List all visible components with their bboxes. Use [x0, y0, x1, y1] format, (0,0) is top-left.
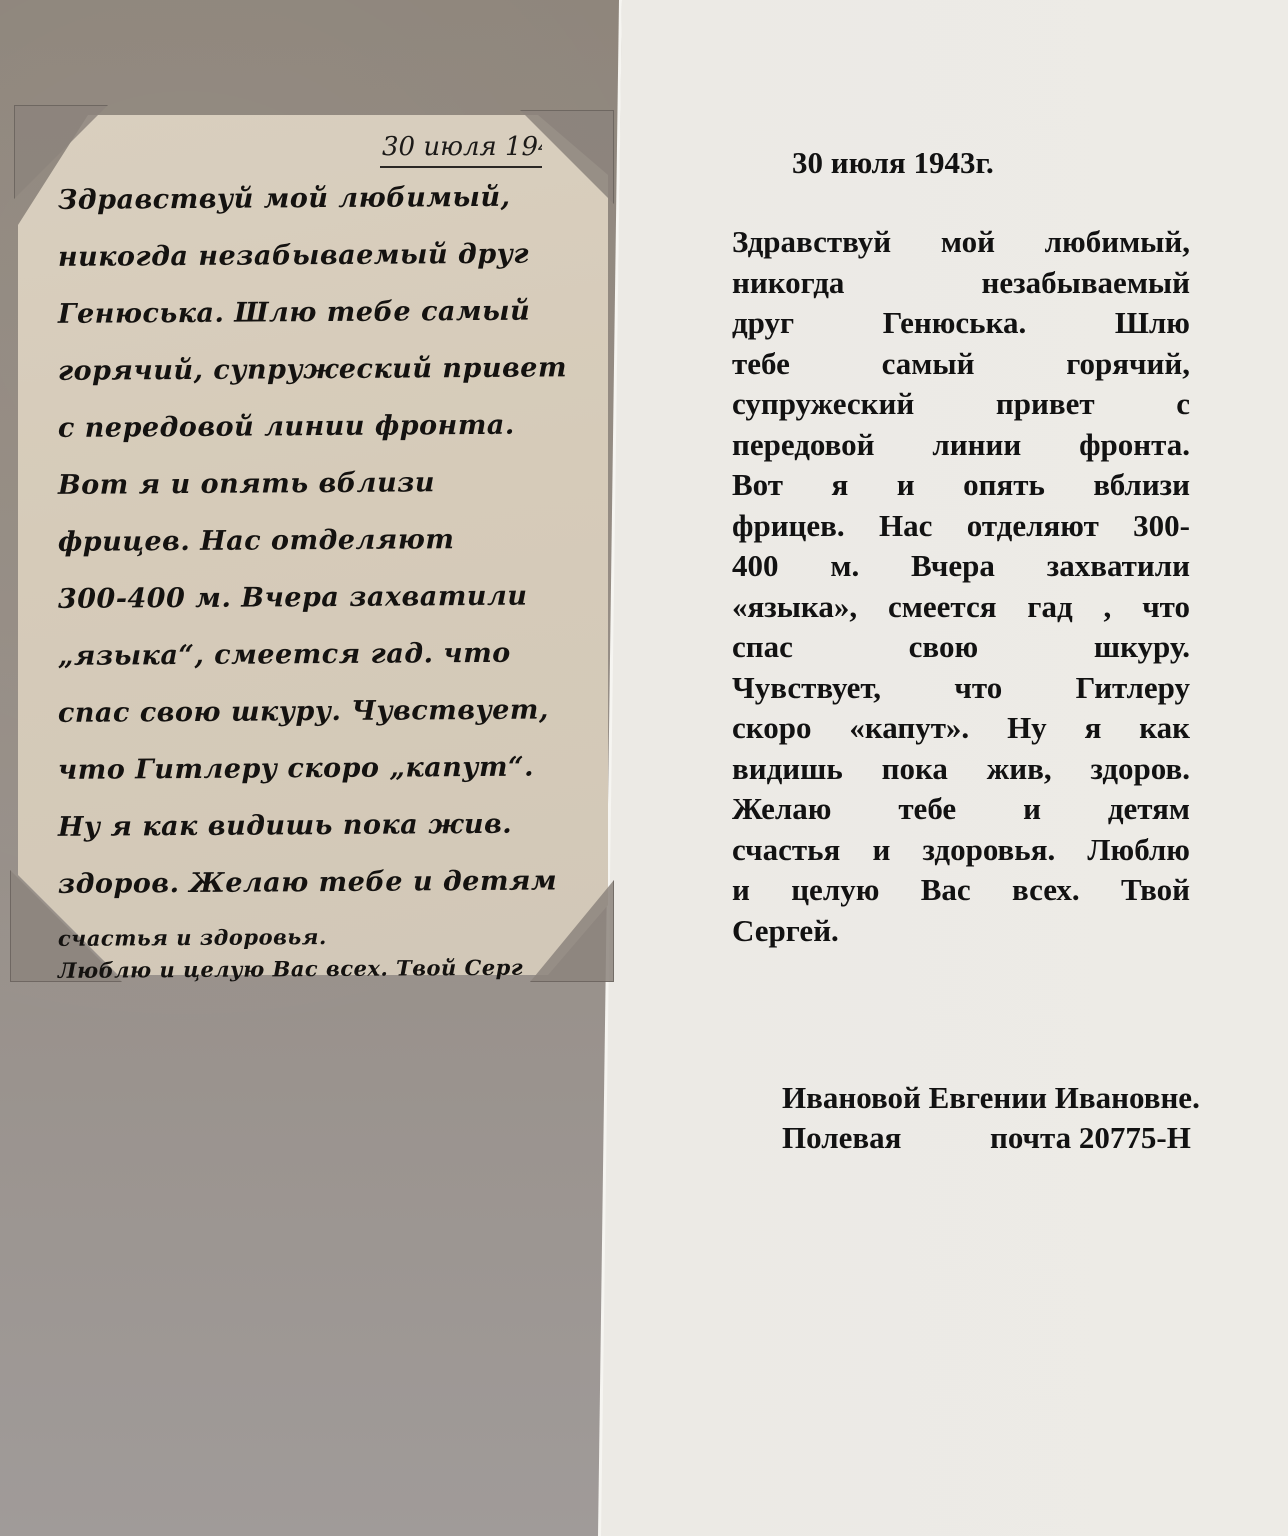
transcription-line: никогда незабываемый: [732, 263, 1190, 304]
transcription-line: скоро «капут». Ну я как: [732, 708, 1190, 749]
handwritten-line: Люблю и целую Вас всех. Твой Серг: [58, 956, 603, 992]
handwritten-line: Вот я и опять вблизи: [58, 468, 603, 529]
transcription-line: Вот я и опять вблизи: [732, 465, 1190, 506]
recipient-address: Ивановой Евгении Ивановне. Полеваяпочта …: [782, 1078, 1200, 1158]
transcription-signature: Сергей.: [732, 911, 1190, 952]
handwritten-line: „языка“, смеется гад. что: [58, 639, 603, 700]
handwritten-text: Здравствуй мой любимый, никогда незабыва…: [58, 185, 603, 990]
handwritten-line: 300-400 м. Вчера захватили: [58, 582, 603, 643]
handwritten-date: 30 июля 194.: [380, 132, 542, 168]
handwritten-line: спас свою шкуру. Чувствует,: [58, 696, 603, 757]
field-post-number: почта 20775-Н: [990, 1120, 1191, 1155]
handwritten-line: что Гитлеру скоро „капут“.: [58, 753, 603, 814]
handwritten-line: с передовой линии фронта.: [58, 411, 603, 472]
transcription-line: Желаю тебе и детям: [732, 789, 1190, 830]
transcription-body: Здравствуй мой любимый, никогда незабыва…: [732, 222, 1190, 951]
transcription-line: друг Генюська. Шлю: [732, 303, 1190, 344]
transcription-line: фрицев. Нас отделяют 300-: [732, 506, 1190, 547]
transcription-line: Чувствует, что Гитлеру: [732, 668, 1190, 709]
handwritten-line: горячий, супружеский привет: [58, 354, 603, 415]
field-post-line: Полеваяпочта 20775-Н: [782, 1118, 1200, 1158]
transcription-line: счастья и здоровья. Люблю: [732, 830, 1190, 871]
handwritten-line: никогда незабываемый друг: [58, 240, 603, 301]
transcription-date: 30 июля 1943г.: [792, 145, 994, 181]
transcription-line: 400 м. Вчера захватили: [732, 546, 1190, 587]
transcription-line: передовой линии фронта.: [732, 425, 1190, 466]
handwritten-line: здоров. Желаю тебе и детям: [58, 867, 603, 928]
transcription-line: и целую Вас всех. Твой: [732, 870, 1190, 911]
transcription-line: видишь пока жив, здоров.: [732, 749, 1190, 790]
transcription-line: супружеский привет с: [732, 384, 1190, 425]
handwritten-line: Генюська. Шлю тебе самый: [58, 297, 603, 358]
handwritten-line: Здравствуй мой любимый,: [58, 183, 603, 244]
transcription-line: тебе самый горячий,: [732, 344, 1190, 385]
transcription-line: спас свою шкуру.: [732, 627, 1190, 668]
handwritten-line: фрицев. Нас отделяют: [58, 525, 603, 586]
handwritten-line: Ну я как видишь пока жив.: [58, 810, 603, 871]
transcription-line: Здравствуй мой любимый,: [732, 222, 1190, 263]
field-post-label: Полевая: [782, 1118, 990, 1158]
recipient-name: Ивановой Евгении Ивановне.: [782, 1078, 1200, 1118]
transcription-line: «языка», смеется гад , что: [732, 587, 1190, 628]
